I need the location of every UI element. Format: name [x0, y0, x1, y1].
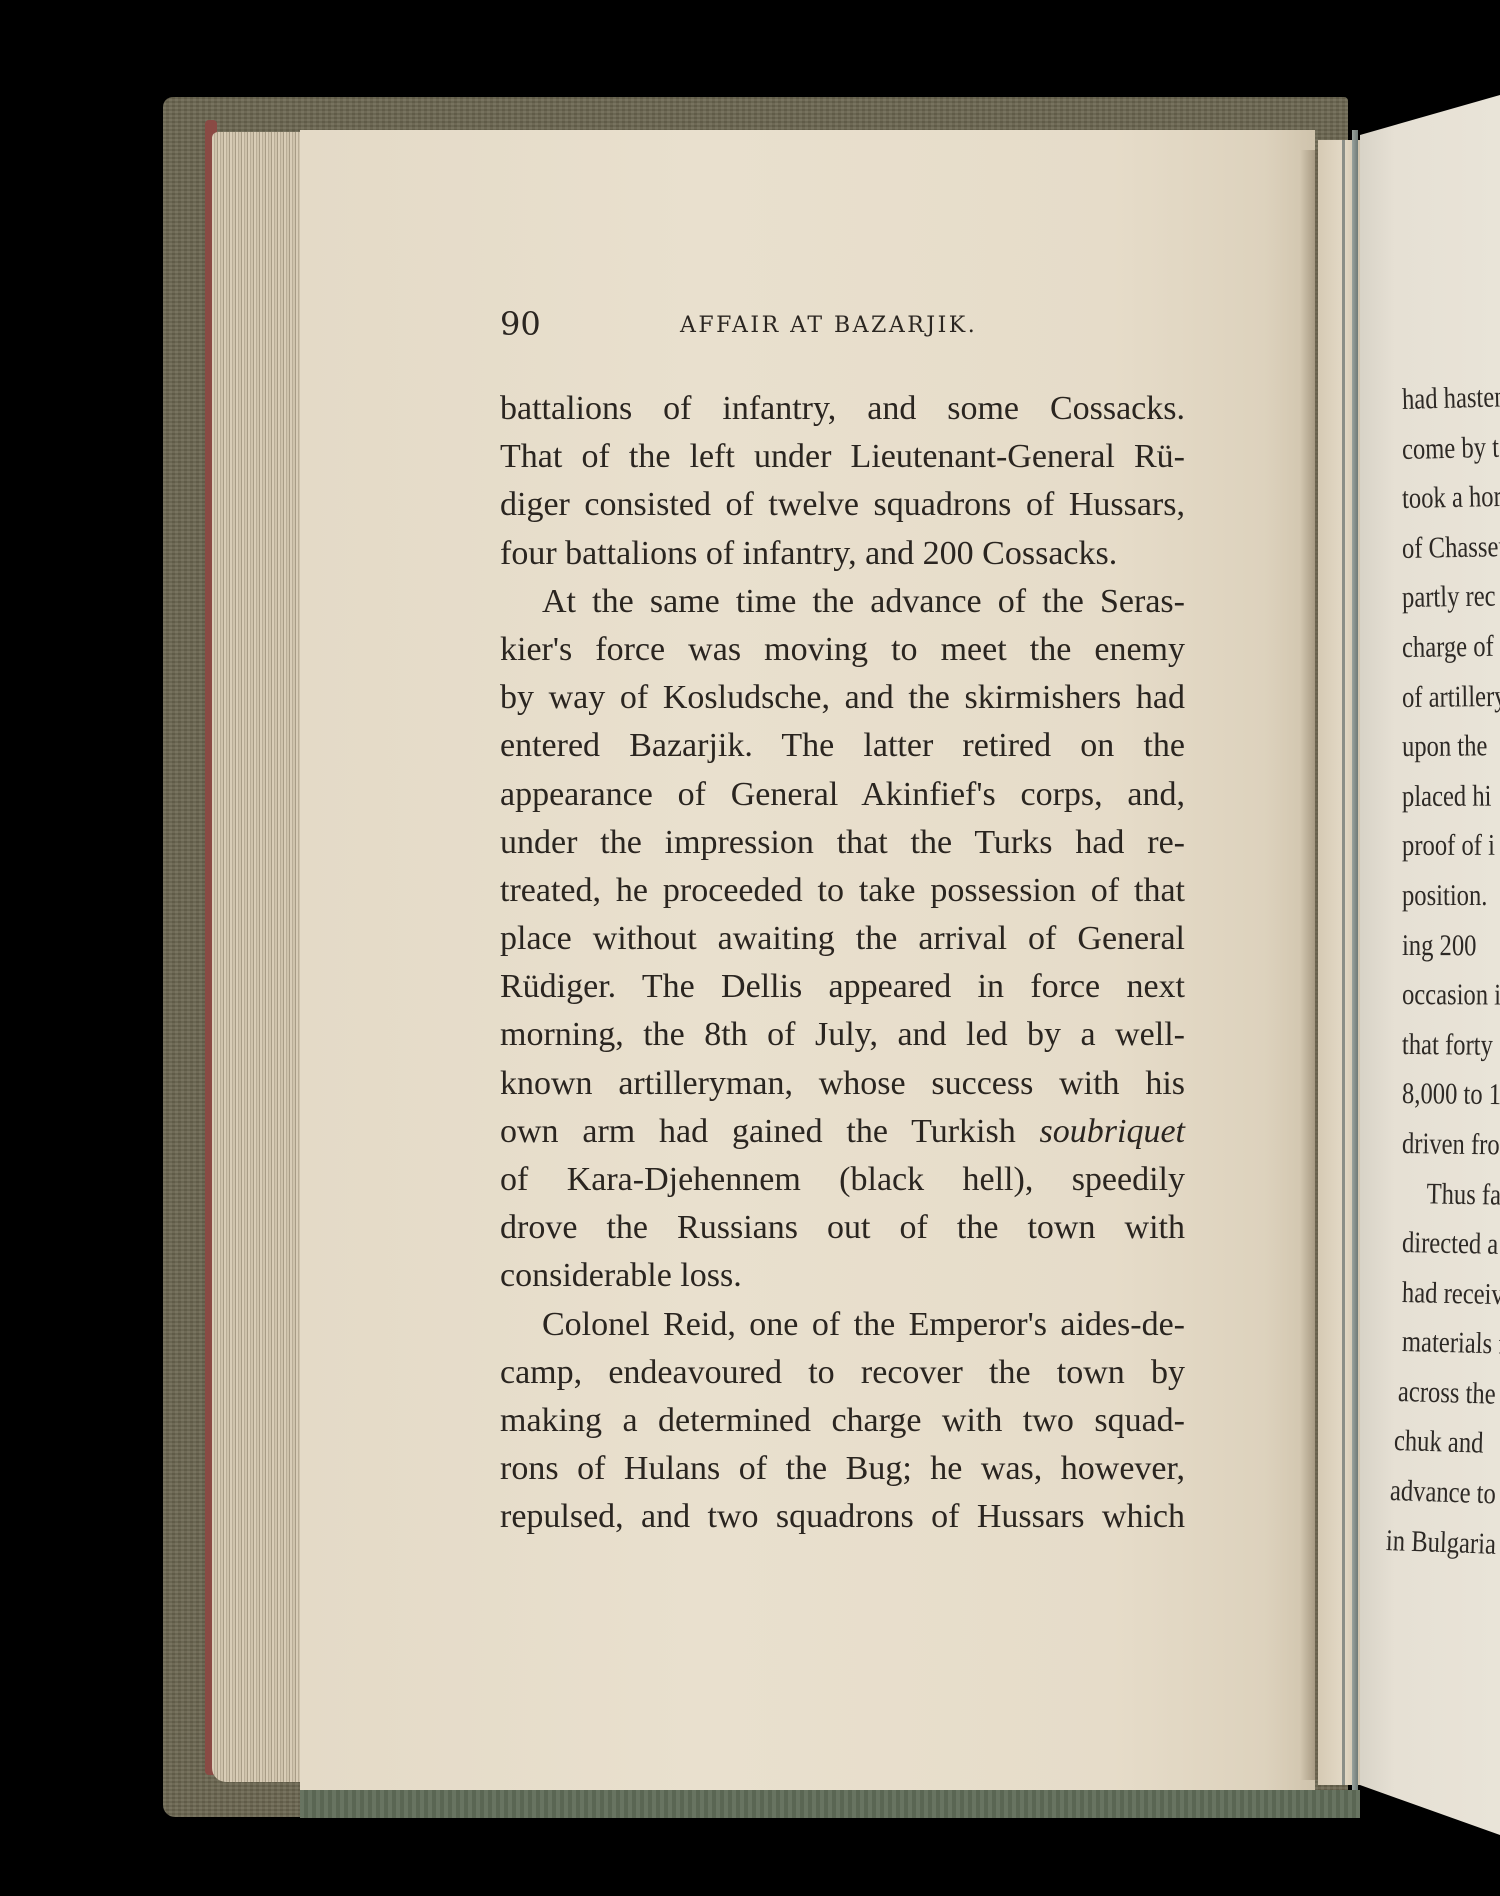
text-line: driven fron	[1402, 1119, 1500, 1171]
page-edges-stack	[212, 132, 304, 1782]
text-line: partly rec	[1402, 571, 1500, 623]
body-text: battalions of infantry, and some Cossack…	[500, 385, 1185, 1542]
text-line: repulsed, and two squadrons of Hussars w…	[500, 1493, 1185, 1541]
text-line: Rüdiger. The Dellis appeared in force ne…	[500, 963, 1185, 1011]
running-head: AFFAIR AT BAZARJIK.	[680, 313, 977, 338]
book-cover-bottom-edge	[300, 1790, 1360, 1818]
text-line: At the same time the advance of the Sera…	[500, 578, 1185, 626]
text-line: charge of	[1402, 621, 1500, 673]
text-line: own arm had gained the Turkish soubrique…	[500, 1108, 1185, 1156]
text-line: proof of i	[1402, 821, 1500, 871]
text-line: drove the Russians out of the town with	[500, 1204, 1185, 1252]
text-line: of Chasseu	[1402, 521, 1500, 574]
text-line: placed hi	[1402, 771, 1500, 821]
text-line: battalions of infantry, and some Cossack…	[500, 385, 1185, 433]
text-line: camp, endeavoured to recover the town by	[500, 1349, 1185, 1397]
right-page-text: had hastencome by ttook a horof Chasseup…	[1402, 375, 1500, 1565]
text-line: upon the	[1402, 721, 1500, 772]
text-line: directed a	[1402, 1218, 1500, 1271]
text-line: of Kara-Djehennem (black hell), speedily	[500, 1156, 1185, 1204]
gutter-fold	[1342, 140, 1345, 1785]
text-line: ing 200	[1402, 921, 1500, 971]
page-header: 90 AFFAIR AT BAZARJIK.	[500, 305, 1200, 355]
text-span: own arm had gained the Turkish	[500, 1113, 1040, 1150]
text-line: that forty	[1402, 1020, 1500, 1071]
text-line: position.	[1402, 871, 1500, 921]
text-line: place without awaiting the arrival of Ge…	[500, 915, 1185, 963]
text-line: chuk and	[1393, 1416, 1500, 1471]
text-line: considerable loss.	[500, 1252, 1185, 1300]
text-line: treated, he proceeded to take possession…	[500, 867, 1185, 915]
text-line: across the	[1397, 1367, 1500, 1421]
text-line: Colonel Reid, one of the Emperor's aides…	[500, 1301, 1185, 1349]
text-line: Thus fa	[1402, 1169, 1500, 1221]
page-number: 90	[500, 305, 541, 343]
text-line: materials f	[1401, 1317, 1500, 1371]
text-line: making a determined charge with two squa…	[500, 1397, 1185, 1445]
text-line: That of the left under Lieutenant-Genera…	[500, 433, 1185, 481]
text-line: known artilleryman, whose success with h…	[500, 1060, 1185, 1108]
text-line: kier's force was moving to meet the enem…	[500, 626, 1185, 674]
gutter-shadow	[1300, 150, 1320, 1780]
text-line: under the impression that the Turks had …	[500, 819, 1185, 867]
text-line: had hasten	[1401, 371, 1500, 425]
text-line: took a hor	[1401, 471, 1500, 524]
text-line: diger consisted of twelve squadrons of H…	[500, 481, 1185, 529]
text-line: entered Bazarjik. The latter retired on …	[500, 722, 1185, 770]
text-line: 8,000 to 1	[1402, 1069, 1500, 1120]
text-line: occasion it	[1402, 970, 1500, 1021]
text-line: morning, the 8th of July, and led by a w…	[500, 1011, 1185, 1059]
spine-hinge	[1352, 130, 1358, 1790]
text-line: rons of Hulans of the Bug; he was, howev…	[500, 1445, 1185, 1493]
text-line: by way of Kosludsche, and the skirmisher…	[500, 674, 1185, 722]
text-line: come by t	[1401, 421, 1500, 474]
text-line: had receiv	[1401, 1268, 1500, 1321]
text-line: in Bulgaria	[1385, 1516, 1500, 1572]
italic-term: soubriquet	[1040, 1113, 1185, 1150]
text-line: appearance of General Akinfief's corps, …	[500, 771, 1185, 819]
text-line: advance to	[1389, 1466, 1500, 1521]
text-line: four battalions of infantry, and 200 Cos…	[500, 530, 1185, 578]
text-line: of artillery	[1402, 671, 1500, 722]
